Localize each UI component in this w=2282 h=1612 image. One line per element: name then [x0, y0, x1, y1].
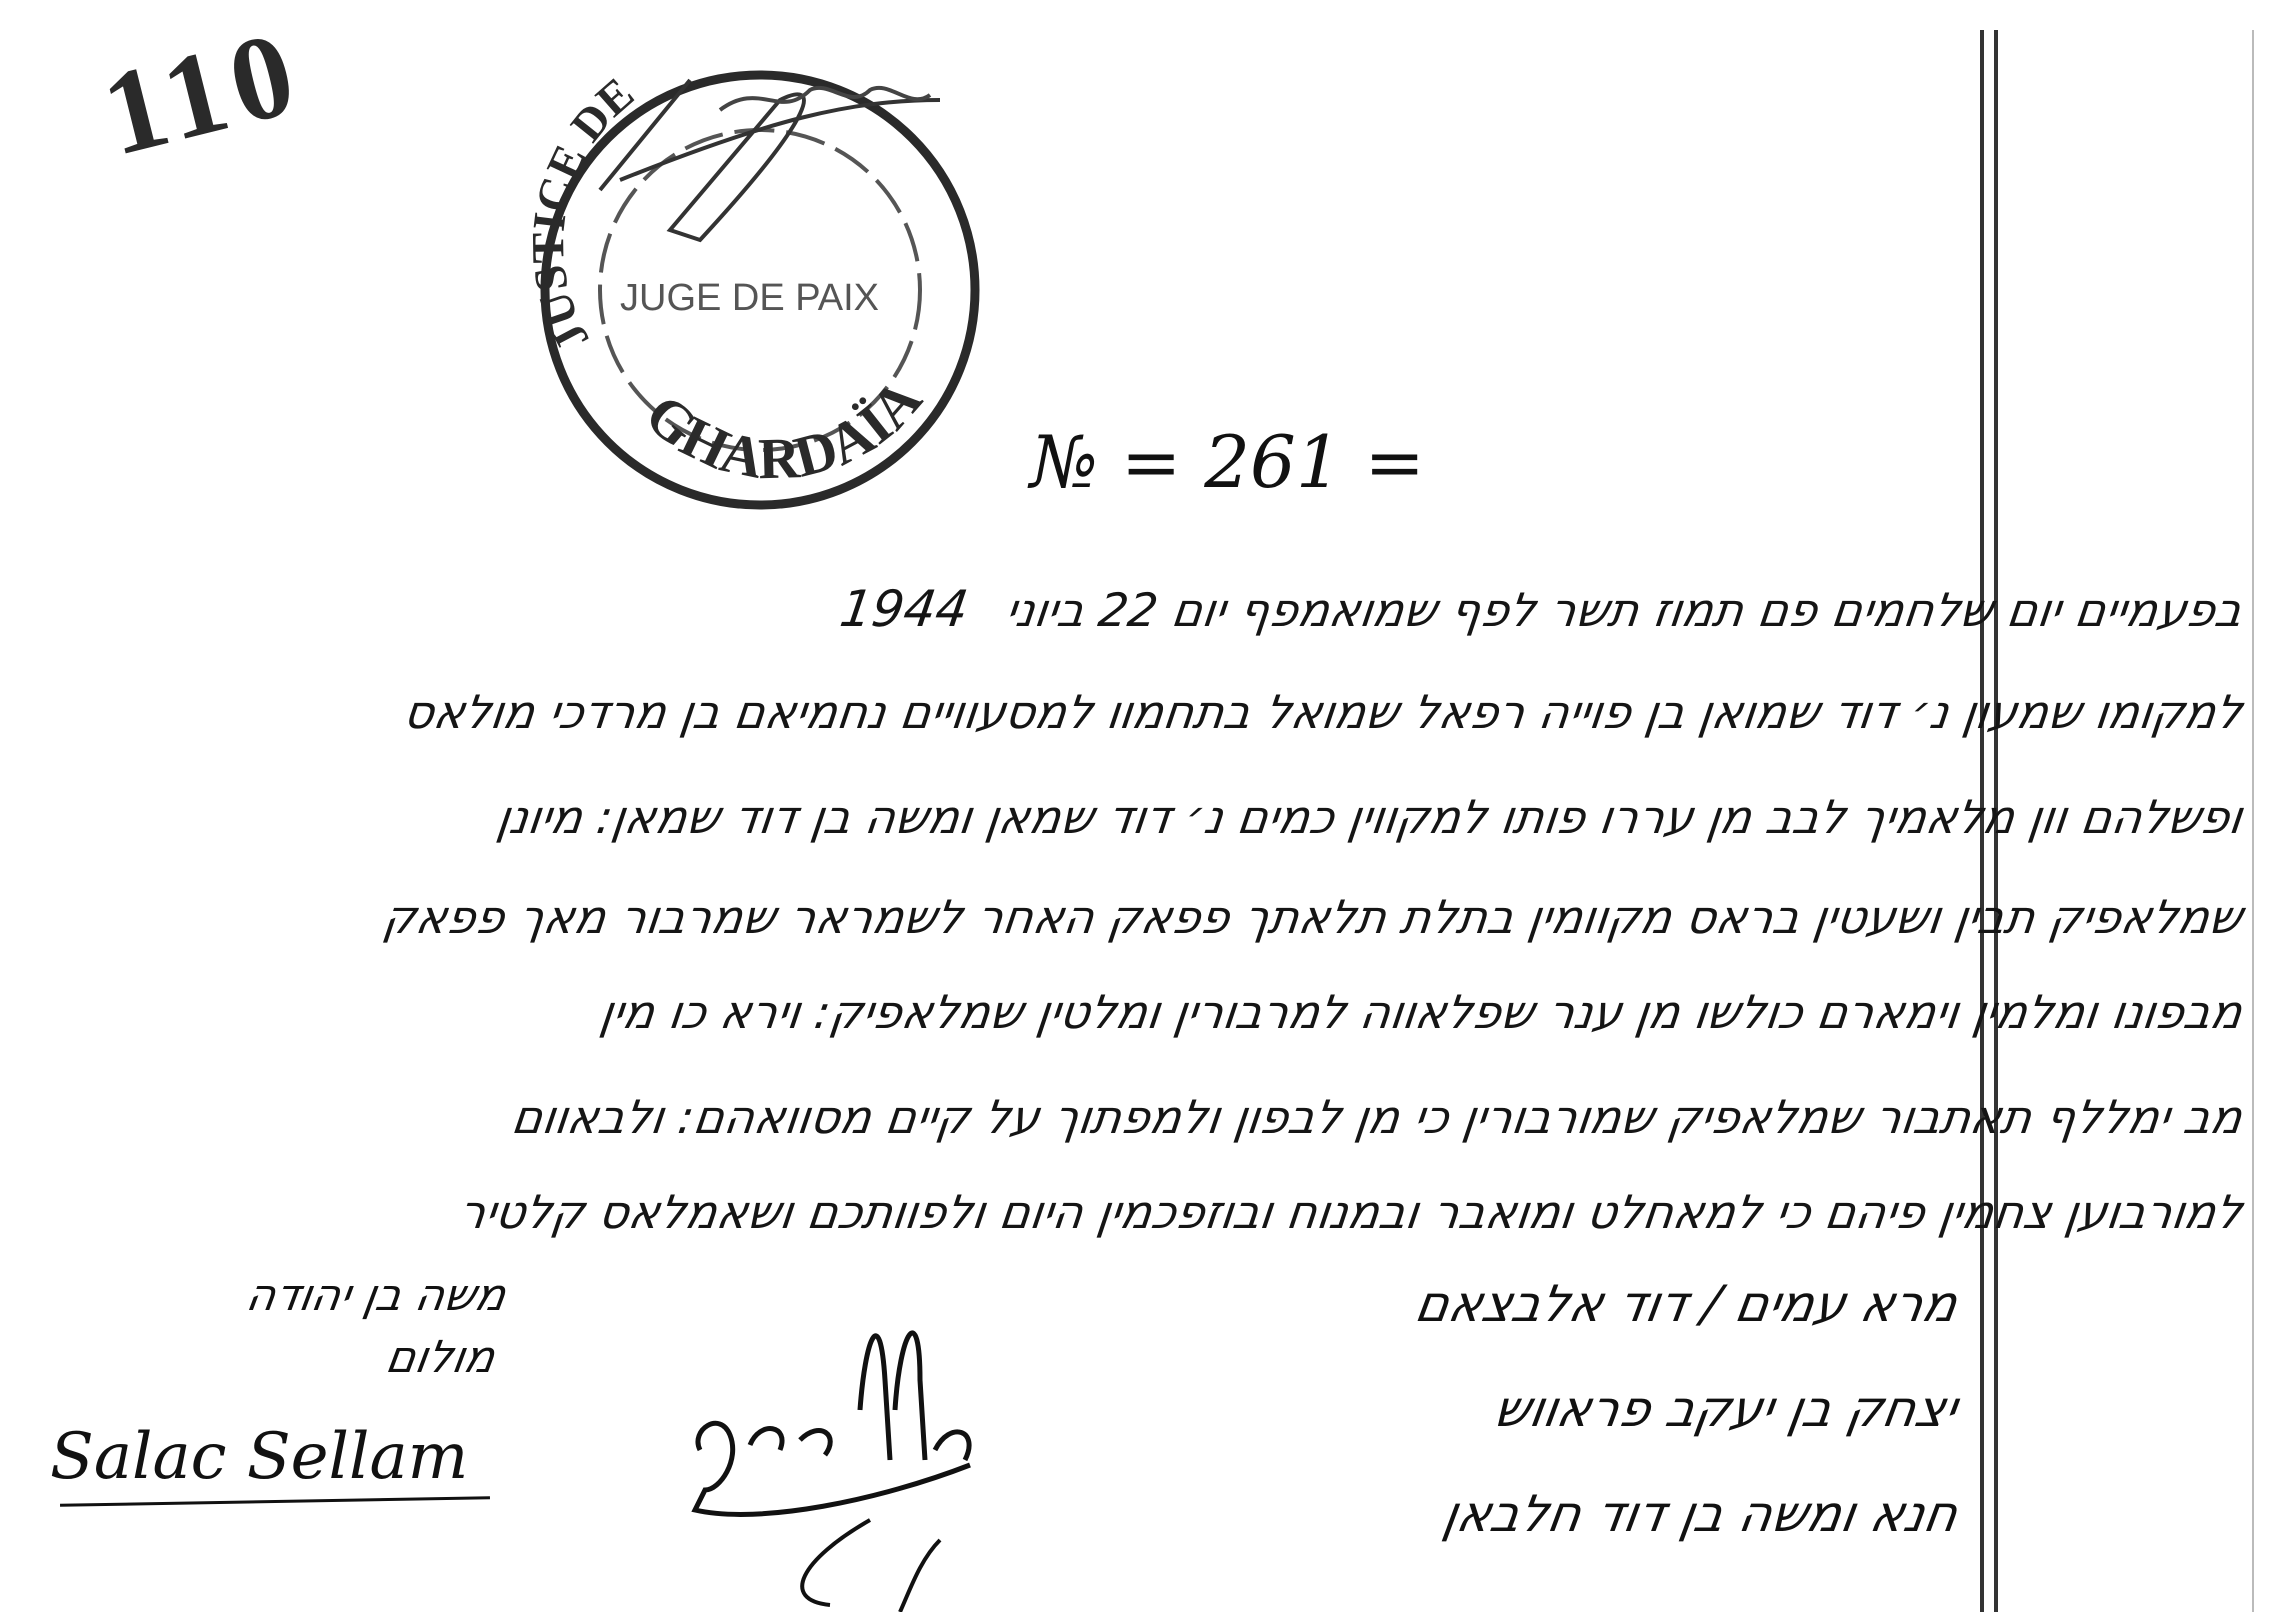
flourish-signature — [680, 1260, 1180, 1612]
latin-signature: Salac Sellam — [50, 1420, 468, 1494]
latin-signature-underline — [60, 1496, 490, 1507]
stamp-seal-icon: JUSTICE DE GHARDAÏA JUGE DE PAIX — [520, 40, 1000, 520]
svg-text:GHARDAÏA: GHARDAÏA — [633, 366, 934, 491]
body-line-text: בפעמיים יום שלחמים פם תמוז תשר לפף שמואמ… — [1002, 583, 2245, 637]
body-line-5: מבפונו ומלמין וימארם כולשו מן ענר שפלאוו… — [38, 985, 2246, 1039]
page-edge-rule — [2252, 30, 2254, 1612]
left-hebrew-signature-line-1: משה בן יהודה — [160, 1265, 511, 1327]
left-hebrew-signature-line-2: מולום — [149, 1327, 500, 1389]
year: 1944 — [836, 580, 971, 638]
document-number: № = 261 = — [1030, 420, 1425, 504]
body-line-3: ופשלהם וון מלאמיך לבב מן עררו פותו למקוו… — [38, 790, 2246, 844]
stamp-bottom-text: GHARDAÏA — [633, 366, 934, 491]
court-stamp: JUSTICE DE GHARDAÏA JUGE DE PAIX — [520, 40, 1000, 520]
page-number: 110 — [90, 2, 315, 184]
body-line-4: שמלאפיק תבין ושעטין בראס מקוומין בתלת תל… — [38, 890, 2246, 944]
witness-signature-3: חנא ומשה בן דוד חלבאן — [1439, 1485, 1962, 1543]
left-hebrew-signature: משה בן יהודה מולום — [149, 1265, 511, 1389]
body-line-1: בפעמיים יום שלחמים פם תמוז תשר לפף שמואמ… — [538, 580, 2246, 638]
body-line-6: מב ימללף תאתבור שמלאפיק שמורבורין כי מן … — [38, 1090, 2246, 1144]
body-line-2: למקומו שמעון נ׳ דוד שמואן בן פוייה רפאל … — [38, 685, 2246, 739]
signature-flourish-icon — [680, 1260, 1180, 1612]
witness-signature-1: מרא עמים / דוד אלבצאם — [1411, 1275, 1962, 1333]
body-line-7: למורבוען צחמין פיהם כי למאחלט ומואבר ובמ… — [38, 1185, 2246, 1239]
witness-signature-2: יצחק בן יעקב פראווש — [1490, 1380, 1962, 1438]
stamp-inner-text: JUGE DE PAIX — [620, 277, 879, 319]
